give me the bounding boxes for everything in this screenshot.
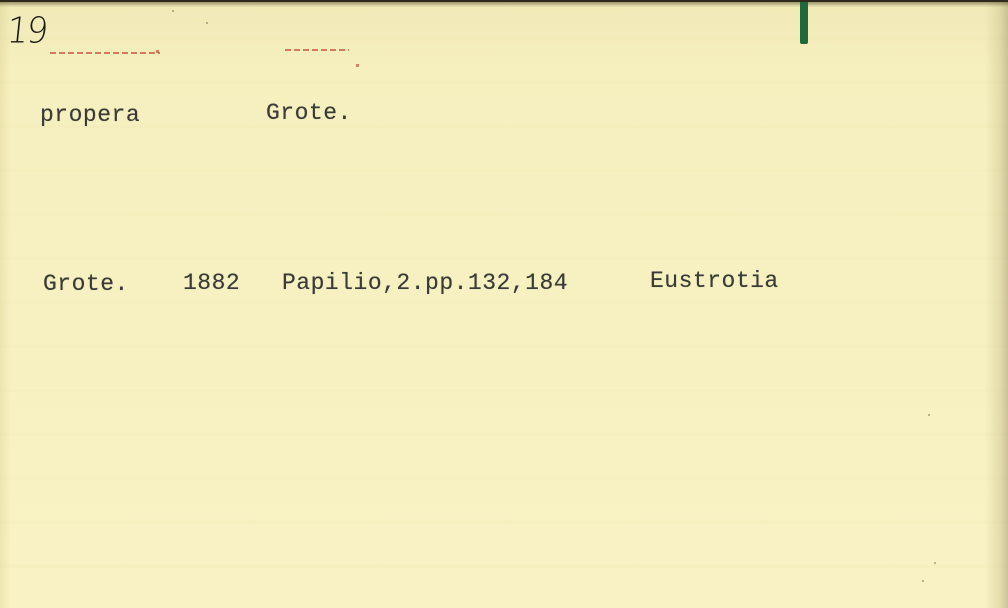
species-name: propera <box>40 102 140 128</box>
citation-reference: Papilio,2.pp.132,184 <box>282 270 568 296</box>
paper-speck <box>206 22 208 24</box>
citation-genus: Eustrotia <box>650 268 779 294</box>
paper-speck <box>172 10 174 12</box>
red-pencil-mark <box>50 52 160 54</box>
red-pencil-dot <box>156 50 159 53</box>
citation-year: 1882 <box>183 270 240 296</box>
handwritten-card-number: 19 <box>5 13 48 49</box>
citation-author: Grote. <box>43 271 129 297</box>
paper-speck <box>934 562 936 564</box>
red-pencil-mark <box>285 49 349 51</box>
red-pencil-dot <box>356 64 359 67</box>
paper-speck <box>928 414 930 416</box>
green-tab-marker <box>800 2 808 44</box>
paper-speck <box>922 580 924 582</box>
card-top-edge <box>0 2 1008 7</box>
index-card: 19 propera Grote. Grote. 1882 Papilio,2.… <box>0 2 1008 608</box>
species-author: Grote. <box>266 100 352 126</box>
